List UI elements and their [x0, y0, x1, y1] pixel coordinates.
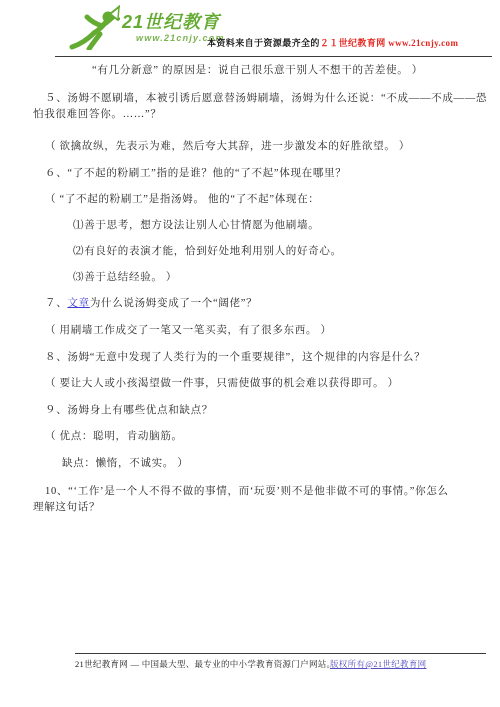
text-line: （ 要让大人或小孩渴望做一件事，只需使做事的机会难以获得即可。 ）: [45, 377, 399, 390]
text-line: （ 优点：聪明，肯动脑筋。: [45, 430, 183, 443]
text-segment: ⑵有良好的表演才能，恰到好处地利用别人的好奇心。: [73, 246, 342, 257]
text-segment: 缺点：懒惰，不诚实。 ）: [62, 458, 189, 469]
text-line: ６、“了不起的粉刷工”指的是谁？他的“了不起”体现在哪里？: [45, 167, 346, 180]
text-segment: 怕我很难回答你。……”？: [33, 109, 162, 120]
text-line: 10、“‘工作’是一个人不得不做的事情，而‘玩耍’则不是他非做不可的事情。”你怎…: [45, 485, 449, 498]
header-divider: [55, 56, 492, 57]
text-segment: ８、汤姆“无意中发现了人类行为的一个重要规律”，这个规律的内容是什么？: [45, 352, 425, 363]
footer-slogan: 21世纪教育网 — 中国最大型、最专业的中小学教育资源门户网站。: [75, 658, 335, 670]
text-line: ⑵有良好的表演才能，恰到好处地利用别人的好奇心。: [73, 245, 342, 258]
text-segment: （ 优点：聪明，肯动脑筋。: [45, 431, 183, 442]
text-line: ⑶善于总结经验。 ）: [73, 271, 177, 284]
text-segment: 理解这句话？: [33, 502, 100, 513]
text-line: ５、汤姆不愿刷墙，本被引诱后愿意替汤姆刷墙，汤姆为什么还说：“不成——不成——恐: [45, 92, 487, 105]
text-line: “有几分新意” 的原因是：说自己很乐意干别人不想干的苦差使。 ）: [92, 64, 423, 77]
text-segment: ９、汤姆身上有哪些优点和缺点？: [45, 405, 213, 416]
text-segment: ⑴善于思考，想方设法让别人心甘情愿为他刷墙。: [73, 220, 319, 231]
text-segment: 为什么说汤姆变成了一个“阔佬”？: [90, 298, 258, 309]
footer-copyright-link[interactable]: 版权所有@21世纪教育网: [330, 658, 426, 670]
text-segment: ⑶善于总结经验。 ）: [73, 272, 177, 283]
text-line: 缺点：懒惰，不诚实。 ）: [62, 457, 189, 470]
text-line: ⑴善于思考，想方设法让别人心甘情愿为他刷墙。: [73, 219, 319, 232]
footer-divider: [75, 653, 486, 654]
text-line: ９、汤姆身上有哪些优点和缺点？: [45, 404, 213, 417]
text-line: （ 欲擒故纵，先表示为难，然后夸大其辞，进一步激发本的好胜欲望。 ）: [45, 140, 410, 153]
article-link[interactable]: 文章: [67, 298, 89, 309]
text-line: ７、文章为什么说汤姆变成了一个“阔佬”？: [45, 297, 257, 310]
text-line: 怕我很难回答你。……”？: [33, 108, 162, 121]
text-segment: ６、“了不起的粉刷工”指的是谁？他的“了不起”体现在哪里？: [45, 168, 346, 179]
text-segment: （ 要让大人或小孩渴望做一件事，只需使做事的机会难以获得即可。 ）: [45, 378, 399, 389]
text-segment: ７、: [45, 298, 67, 309]
text-segment: （ 用刷墙工作成交了一笔又一笔买卖，有了很多东西。 ）: [45, 325, 332, 336]
text-line: （ 用刷墙工作成交了一笔又一笔买卖，有了很多东西。 ）: [45, 324, 332, 337]
header-notice-site-link[interactable]: ２１世纪教育网 www.21cnjy.com: [320, 38, 459, 48]
text-line: 理解这句话？: [33, 501, 100, 514]
header-notice: 本资料来自于资源最齐全的２１世纪教育网 www.21cnjy.com: [207, 36, 490, 49]
header-notice-prefix: 本资料来自于资源最齐全的: [207, 38, 320, 48]
text-line: （ “了不起的粉刷工”是指汤姆。 他的“了不起”体现在：: [45, 193, 320, 206]
runner-logo-icon: [58, 4, 120, 50]
text-segment: “有几分新意” 的原因是：说自己很乐意干别人不想干的苦差使。 ）: [92, 65, 423, 76]
text-segment: ５、汤姆不愿刷墙，本被引诱后愿意替汤姆刷墙，汤姆为什么还说：“不成——不成——恐: [45, 93, 487, 104]
text-line: ８、汤姆“无意中发现了人类行为的一个重要规律”，这个规律的内容是什么？: [45, 351, 425, 364]
logo-brand-text: 21世纪教育: [122, 13, 225, 31]
text-segment: 10、“‘工作’是一个人不得不做的事情，而‘玩耍’则不是他非做不可的事情。”你怎…: [45, 486, 449, 497]
document-page: 21世纪教育 www.21cnjy.com 本资料来自于资源最齐全的２１世纪教育…: [0, 0, 500, 707]
site-logo: 21世纪教育 www.21cnjy.com: [58, 4, 225, 50]
text-segment: （ 欲擒故纵，先表示为难，然后夸大其辞，进一步激发本的好胜欲望。 ）: [45, 141, 410, 152]
text-segment: （ “了不起的粉刷工”是指汤姆。 他的“了不起”体现在：: [45, 194, 320, 205]
